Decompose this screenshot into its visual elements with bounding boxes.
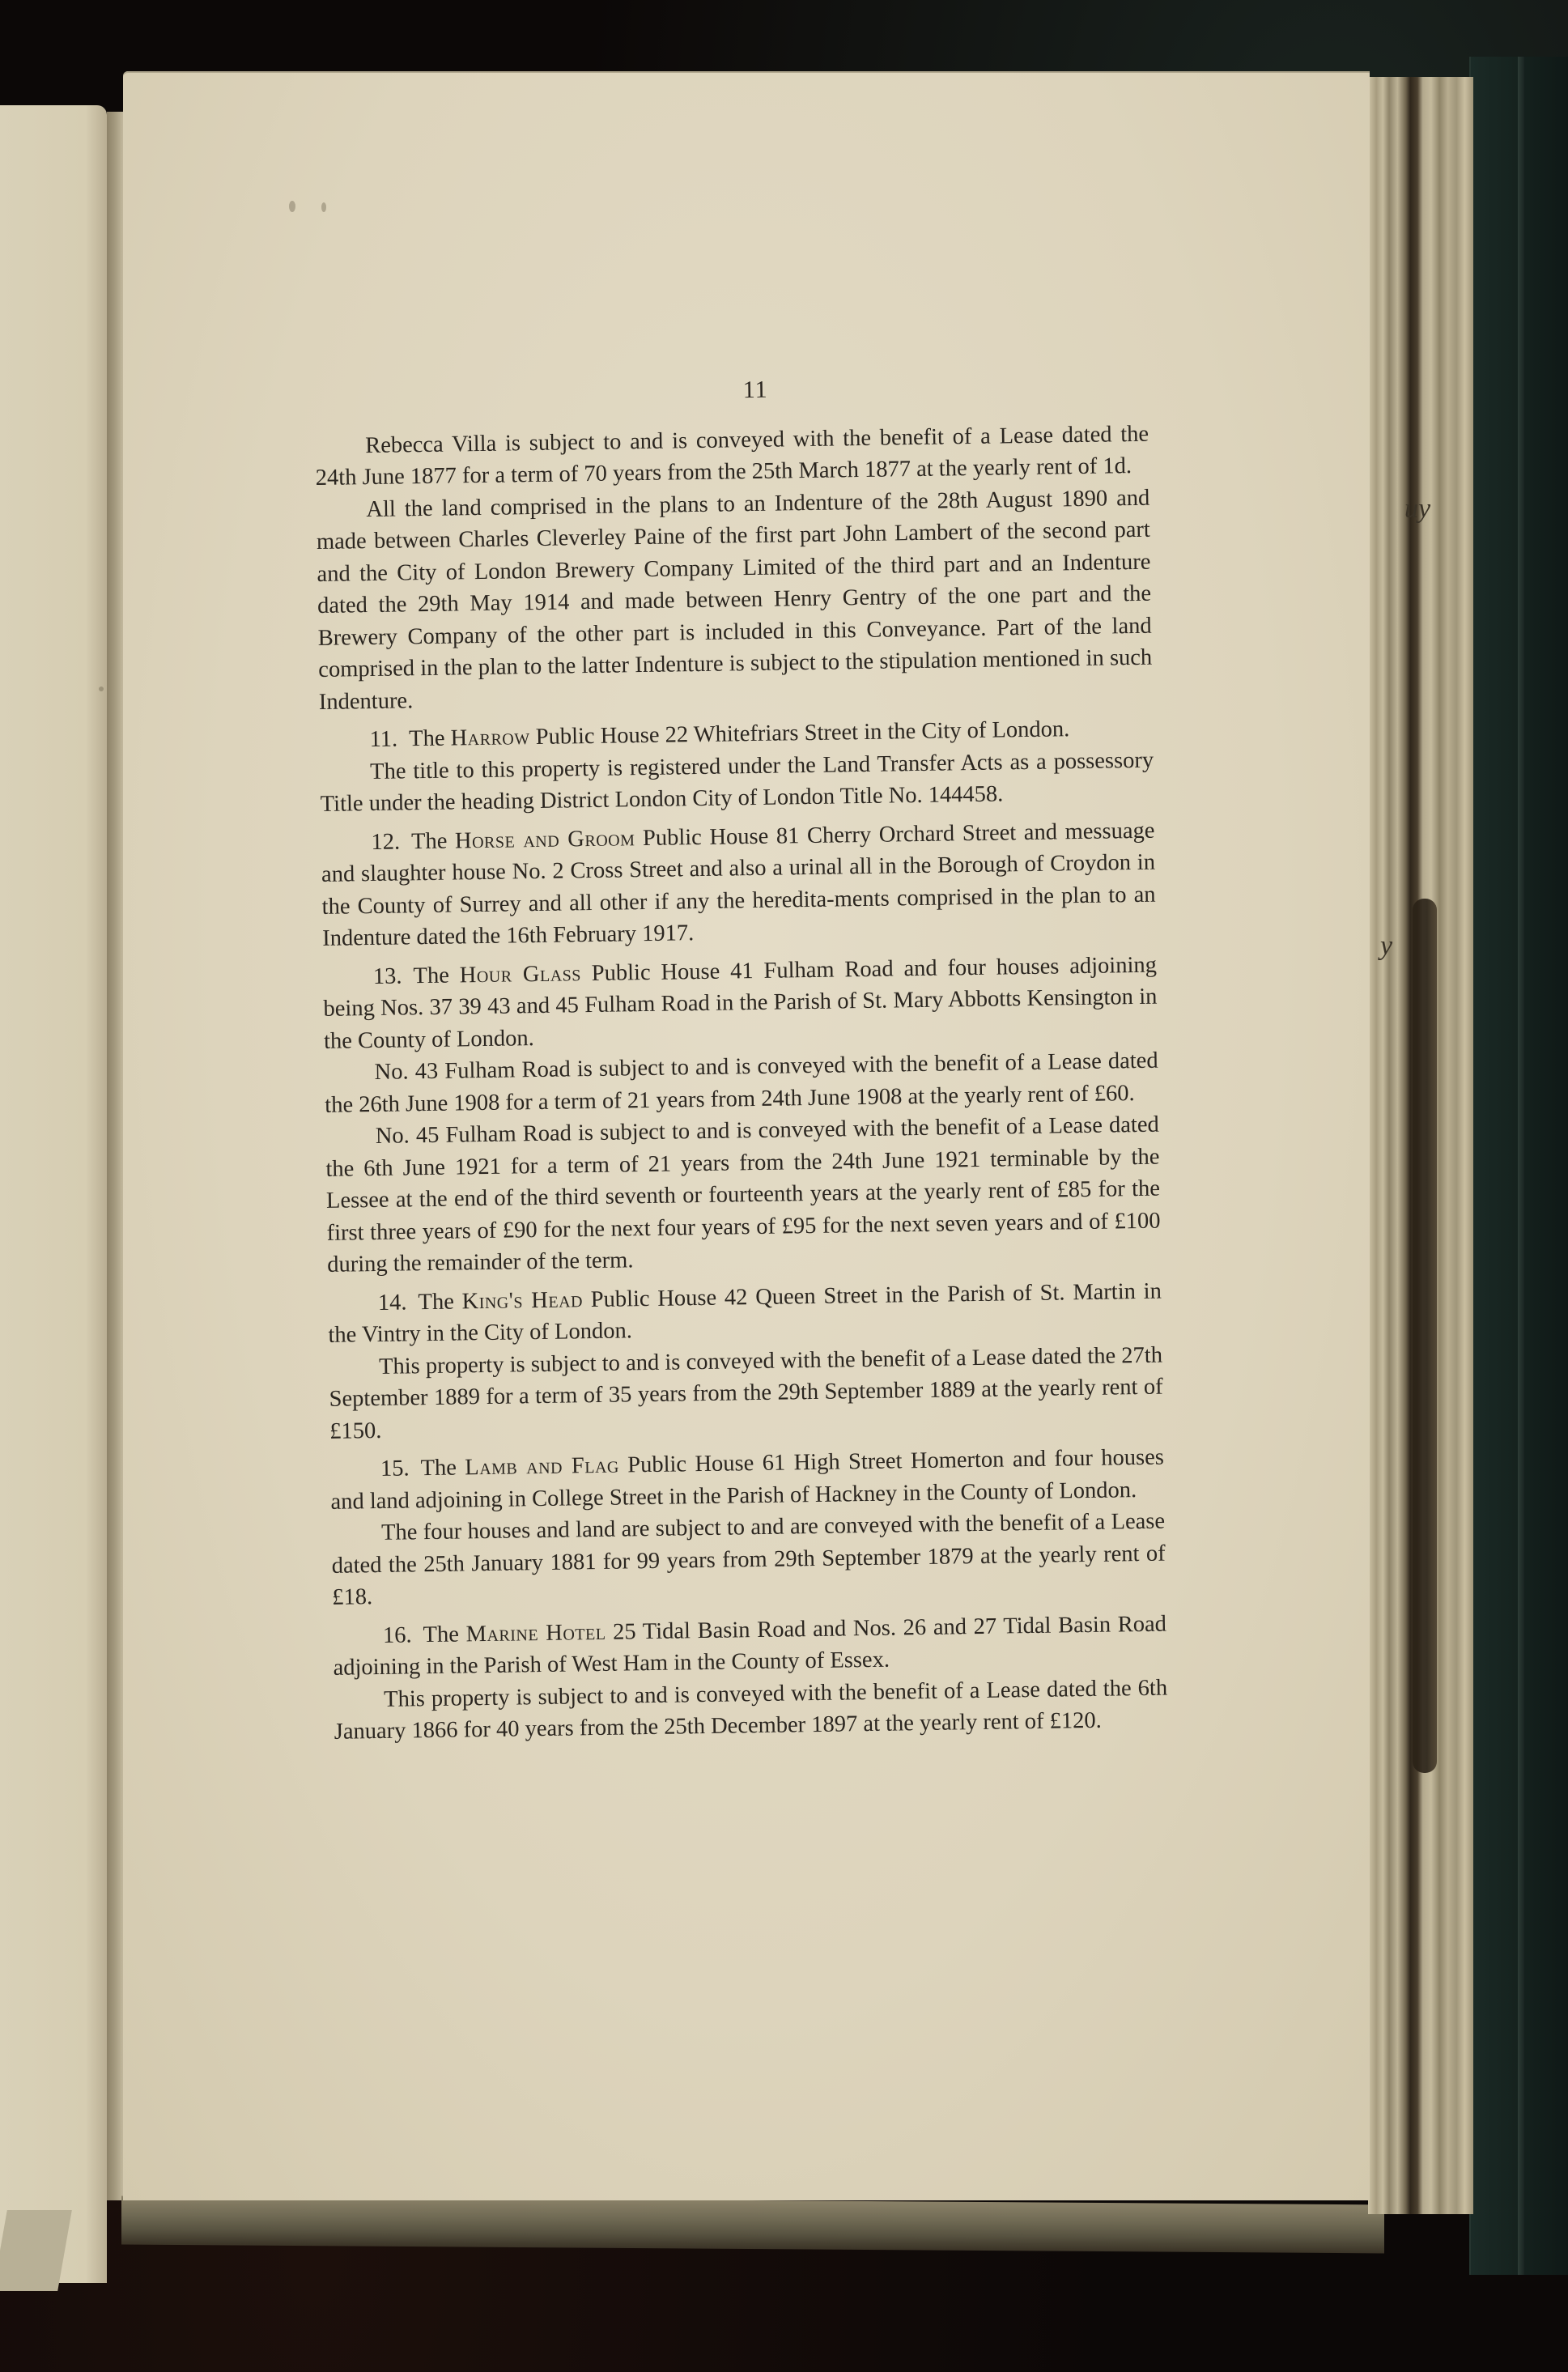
- item-number: 13.: [373, 963, 402, 989]
- property-name: Hour Glass: [459, 961, 581, 988]
- item-number: 11.: [369, 727, 397, 753]
- body-paragraph: The title to this property is registered…: [320, 744, 1154, 820]
- edge-mark: uy: [1404, 494, 1430, 525]
- page-smudge: [321, 202, 326, 212]
- item-lead: The: [413, 963, 449, 988]
- body-paragraph: All the land comprised in the plans to a…: [316, 482, 1153, 718]
- property-name: Horse and Groom: [455, 826, 635, 853]
- book-gutter: [107, 112, 125, 2200]
- schedule-item: 14.The King's Head Public House 42 Queen…: [328, 1275, 1162, 1351]
- page-bottom-edge: [121, 2196, 1384, 2254]
- cover-edge: [1518, 57, 1524, 2275]
- schedule-item: 13.The Hour Glass Public House 41 Fulham…: [323, 949, 1158, 1057]
- item-lead: The: [423, 1622, 459, 1647]
- left-facing-page: [0, 105, 107, 2283]
- page-smudge: [99, 687, 104, 691]
- property-name: King's Head: [461, 1287, 583, 1314]
- paragraph-list: Rebecca Villa is subject to and is conve…: [315, 418, 1168, 1748]
- property-description: Public House 22 Whitefriars Street in th…: [536, 716, 1070, 750]
- body-paragraph: The four houses and land are subject to …: [331, 1506, 1166, 1614]
- body-paragraph: No. 45 Fulham Road is subject to and is …: [325, 1109, 1162, 1282]
- body-paragraph: Rebecca Villa is subject to and is conve…: [315, 418, 1149, 494]
- item-number: 15.: [380, 1456, 410, 1481]
- item-number: 12.: [371, 829, 400, 855]
- item-lead: The: [418, 1289, 454, 1315]
- property-name: Harrow: [450, 725, 529, 750]
- item-lead: The: [411, 828, 448, 854]
- body-paragraph: This property is subject to and is conve…: [329, 1339, 1164, 1447]
- property-name: Lamb and Flag: [465, 1453, 619, 1481]
- schedule-item: 12.The Horse and Groom Public House 81 C…: [321, 814, 1156, 954]
- property-description: Public House 81 Cherry Orchard Street an…: [321, 818, 1156, 951]
- page-smudge: [289, 201, 295, 212]
- body-paragraph: This property is subject to and is conve…: [334, 1672, 1168, 1748]
- edge-mark: y: [1380, 931, 1392, 962]
- edge-stain: [1413, 899, 1437, 1773]
- item-lead: The: [409, 726, 445, 752]
- item-number: 14.: [378, 1290, 407, 1316]
- page-text: 11 Rebecca Villa is subject to and is co…: [314, 368, 1168, 1749]
- body-paragraph: No. 43 Fulham Road is subject to and is …: [324, 1045, 1158, 1121]
- schedule-item: 16.The Marine Hotel 25 Tidal Basin Road …: [333, 1608, 1167, 1684]
- property-description: Public House 41 Fulham Road and four hou…: [323, 952, 1157, 1053]
- property-name: Marine Hotel: [465, 1619, 606, 1647]
- schedule-item: 15.The Lamb and Flag Public House 61 Hig…: [330, 1442, 1165, 1518]
- item-lead: The: [420, 1456, 457, 1481]
- item-number: 16.: [383, 1622, 412, 1648]
